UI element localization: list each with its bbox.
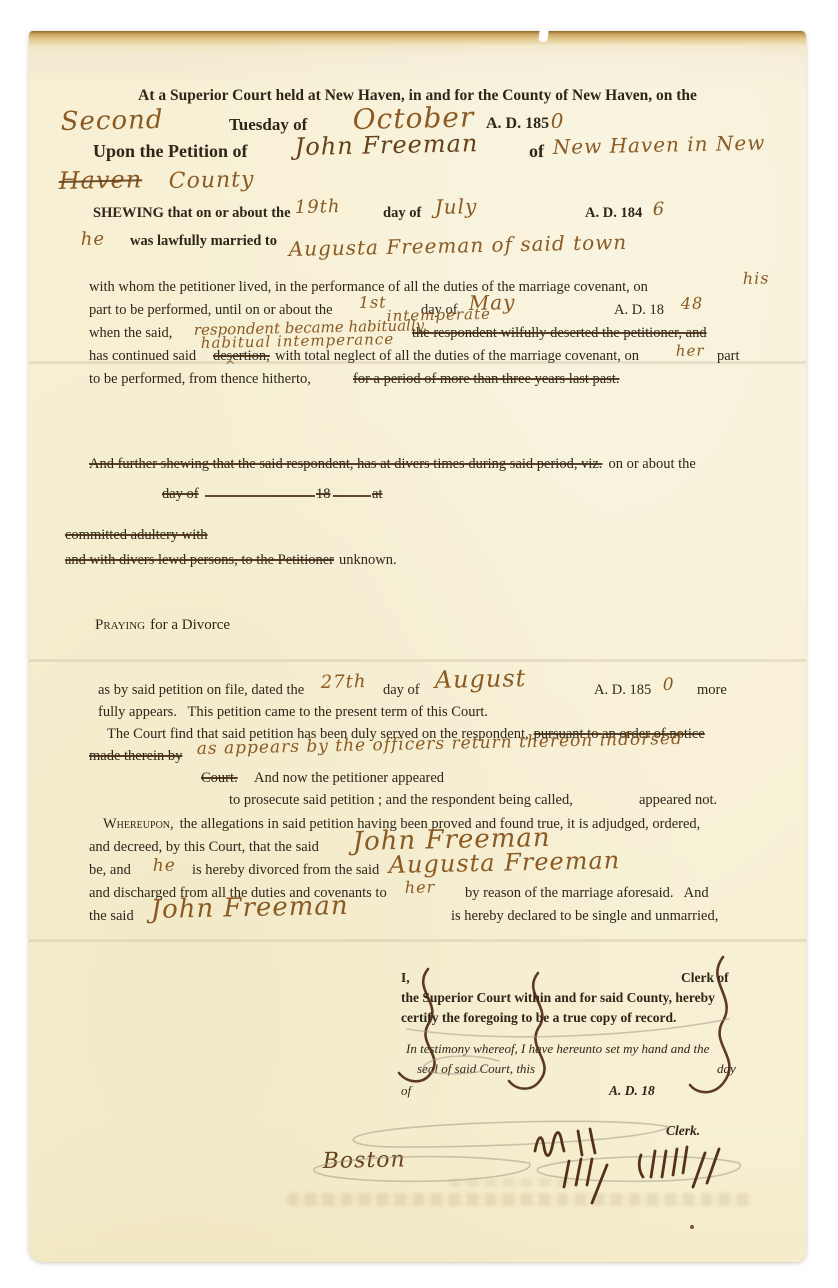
ad-label: A. D. 185 bbox=[594, 682, 651, 699]
whereupon-line5-start: the said bbox=[89, 908, 134, 925]
covenant-line5-start: to be performed, from thence hitherto, bbox=[89, 371, 311, 388]
fold-crease bbox=[29, 939, 806, 943]
pencil-scribble-upper bbox=[353, 1121, 669, 1147]
handwritten-day: 1st bbox=[359, 292, 387, 312]
handwritten-month: August bbox=[434, 664, 526, 694]
handwritten-her: her bbox=[405, 877, 436, 897]
handwritten-year-digit: 0 bbox=[663, 675, 675, 695]
covenant-line3-start: when the said, bbox=[89, 325, 172, 342]
struck-line1: And further shewing that the said respon… bbox=[89, 456, 696, 473]
handwritten-petitioner-name: John Freeman bbox=[294, 129, 478, 161]
testimony-line1: In testimony whereof, I have hereunto se… bbox=[406, 1041, 709, 1057]
handwritten-week: Second bbox=[60, 105, 163, 137]
handwritten-place: Boston bbox=[322, 1147, 405, 1174]
clerk-of-label: Clerk of bbox=[681, 970, 729, 986]
handwritten-day: 27th bbox=[321, 671, 367, 693]
day-label: day bbox=[717, 1061, 736, 1077]
struck-day-of: day of bbox=[162, 486, 199, 503]
testimony-line2: seal of said Court, this bbox=[417, 1061, 535, 1077]
covenant-line2: part to be performed, until on or about … bbox=[89, 302, 333, 319]
handwritten-name: John Freeman bbox=[150, 891, 349, 925]
covenant-line4-start: has continued said bbox=[89, 348, 196, 365]
handwritten-year-digit: 6 bbox=[653, 199, 666, 220]
handwritten-year: 48 bbox=[681, 294, 704, 313]
document-paper: At a Superior Court held at New Haven, i… bbox=[29, 31, 806, 1262]
ad-label: A. D. 18 bbox=[609, 1083, 655, 1099]
strike-bar bbox=[205, 495, 315, 497]
ad-label: A. D. 184 bbox=[585, 205, 642, 222]
handwritten-spouse: Augusta Freeman of said town bbox=[288, 230, 627, 261]
praying-smallcaps: Praying bbox=[95, 617, 145, 633]
decree-line1: as by said petition on file, dated the bbox=[98, 682, 304, 699]
handwritten-year-digit: 0 bbox=[550, 109, 564, 133]
married-label: was lawfully married to bbox=[130, 233, 277, 250]
struck-print: the respondent wilfully deserted the pet… bbox=[412, 325, 707, 342]
clerk-signature-label: Clerk. bbox=[666, 1123, 700, 1139]
covenant-line4-mid: with total neglect of all the duties of … bbox=[275, 348, 639, 365]
praying-line: Prayingfor a Divorce bbox=[95, 617, 230, 634]
struck-at: at bbox=[372, 486, 382, 503]
handwritten-pronoun: he bbox=[153, 856, 176, 876]
whereupon-line3-start: be, and bbox=[89, 862, 131, 879]
certificate-line2: the Superior Court within and for said C… bbox=[401, 990, 715, 1006]
handwritten-pronoun: he bbox=[81, 228, 106, 250]
ink-dot bbox=[690, 1225, 694, 1229]
struck-print: for a period of more than three years la… bbox=[353, 371, 620, 388]
struck-line4: and with divers lewd persons, to the Pet… bbox=[65, 552, 397, 569]
handwritten-day: 19th bbox=[295, 196, 341, 218]
appeared-not: appeared not. bbox=[639, 792, 717, 809]
whereupon-line4-end: by reason of the marriage aforesaid. And bbox=[465, 885, 709, 902]
more-label: more bbox=[697, 682, 727, 699]
handwritten-his: his bbox=[743, 268, 770, 288]
ad-label: A. D. 185 bbox=[486, 115, 549, 133]
whereupon-smallcaps: Whereupon, bbox=[103, 816, 174, 832]
fold-crease bbox=[29, 659, 806, 663]
struck-court: Court. bbox=[201, 770, 238, 787]
struck-year: 18 bbox=[316, 486, 331, 503]
whereupon-line5-end: is hereby declared to be single and unma… bbox=[451, 908, 718, 925]
ink-tally-zigzag bbox=[535, 1133, 564, 1156]
strike-bar bbox=[333, 495, 371, 497]
handwritten-residence-struck: Haven bbox=[58, 165, 142, 195]
plain-print: unknown. bbox=[339, 552, 397, 568]
petition-label: Upon the Petition of bbox=[93, 141, 248, 162]
day-of-label: day of bbox=[383, 682, 420, 699]
handwritten-her: her bbox=[676, 341, 705, 360]
handwritten-month: July bbox=[434, 194, 477, 219]
shewing-lead: SHEWING that on or about the bbox=[93, 205, 291, 222]
whereupon-line3-mid: is hereby divorced from the said bbox=[192, 862, 379, 879]
decree-line6: to prosecute said petition ; and the res… bbox=[229, 792, 573, 809]
decree-line5: And now the petitioner appeared bbox=[254, 770, 444, 787]
ink-tally-ticks-c bbox=[639, 1147, 719, 1187]
i-label: I, bbox=[401, 970, 410, 986]
handwritten-residence: New Haven in New bbox=[552, 131, 765, 159]
certificate-line3: certify the foregoing to be a true copy … bbox=[401, 1010, 676, 1026]
day-of-label: day of bbox=[383, 205, 421, 222]
struck-line3: committed adultery with bbox=[65, 527, 208, 544]
struck-print: And further shewing that the said respon… bbox=[89, 456, 602, 472]
covenant-line4-end: part bbox=[717, 348, 740, 365]
ink-bleedthrough bbox=[449, 1178, 577, 1187]
ink-bleedthrough bbox=[287, 1193, 753, 1206]
handwritten-name: Augusta Freeman bbox=[388, 846, 620, 879]
of-label: of bbox=[529, 141, 544, 162]
plain-print: on or about the bbox=[608, 456, 695, 472]
ink-tally-ticks-a bbox=[578, 1129, 595, 1155]
handwritten-insertion-above: intemperate bbox=[387, 305, 491, 325]
ad-label: A. D. 18 bbox=[614, 302, 664, 319]
struck-print: and with divers lewd persons, to the Pet… bbox=[65, 552, 334, 568]
struck-made-therein: made therein by bbox=[89, 748, 182, 765]
decree-line2: fully appears. This petition came to the… bbox=[98, 704, 488, 721]
of-label: of bbox=[401, 1083, 411, 1099]
paper-aged-top-edge bbox=[29, 31, 806, 46]
whereupon-line2: and decreed, by this Court, that the sai… bbox=[89, 839, 319, 856]
handwritten-residence-county: County bbox=[168, 167, 254, 194]
praying-rest: for a Divorce bbox=[150, 617, 230, 633]
